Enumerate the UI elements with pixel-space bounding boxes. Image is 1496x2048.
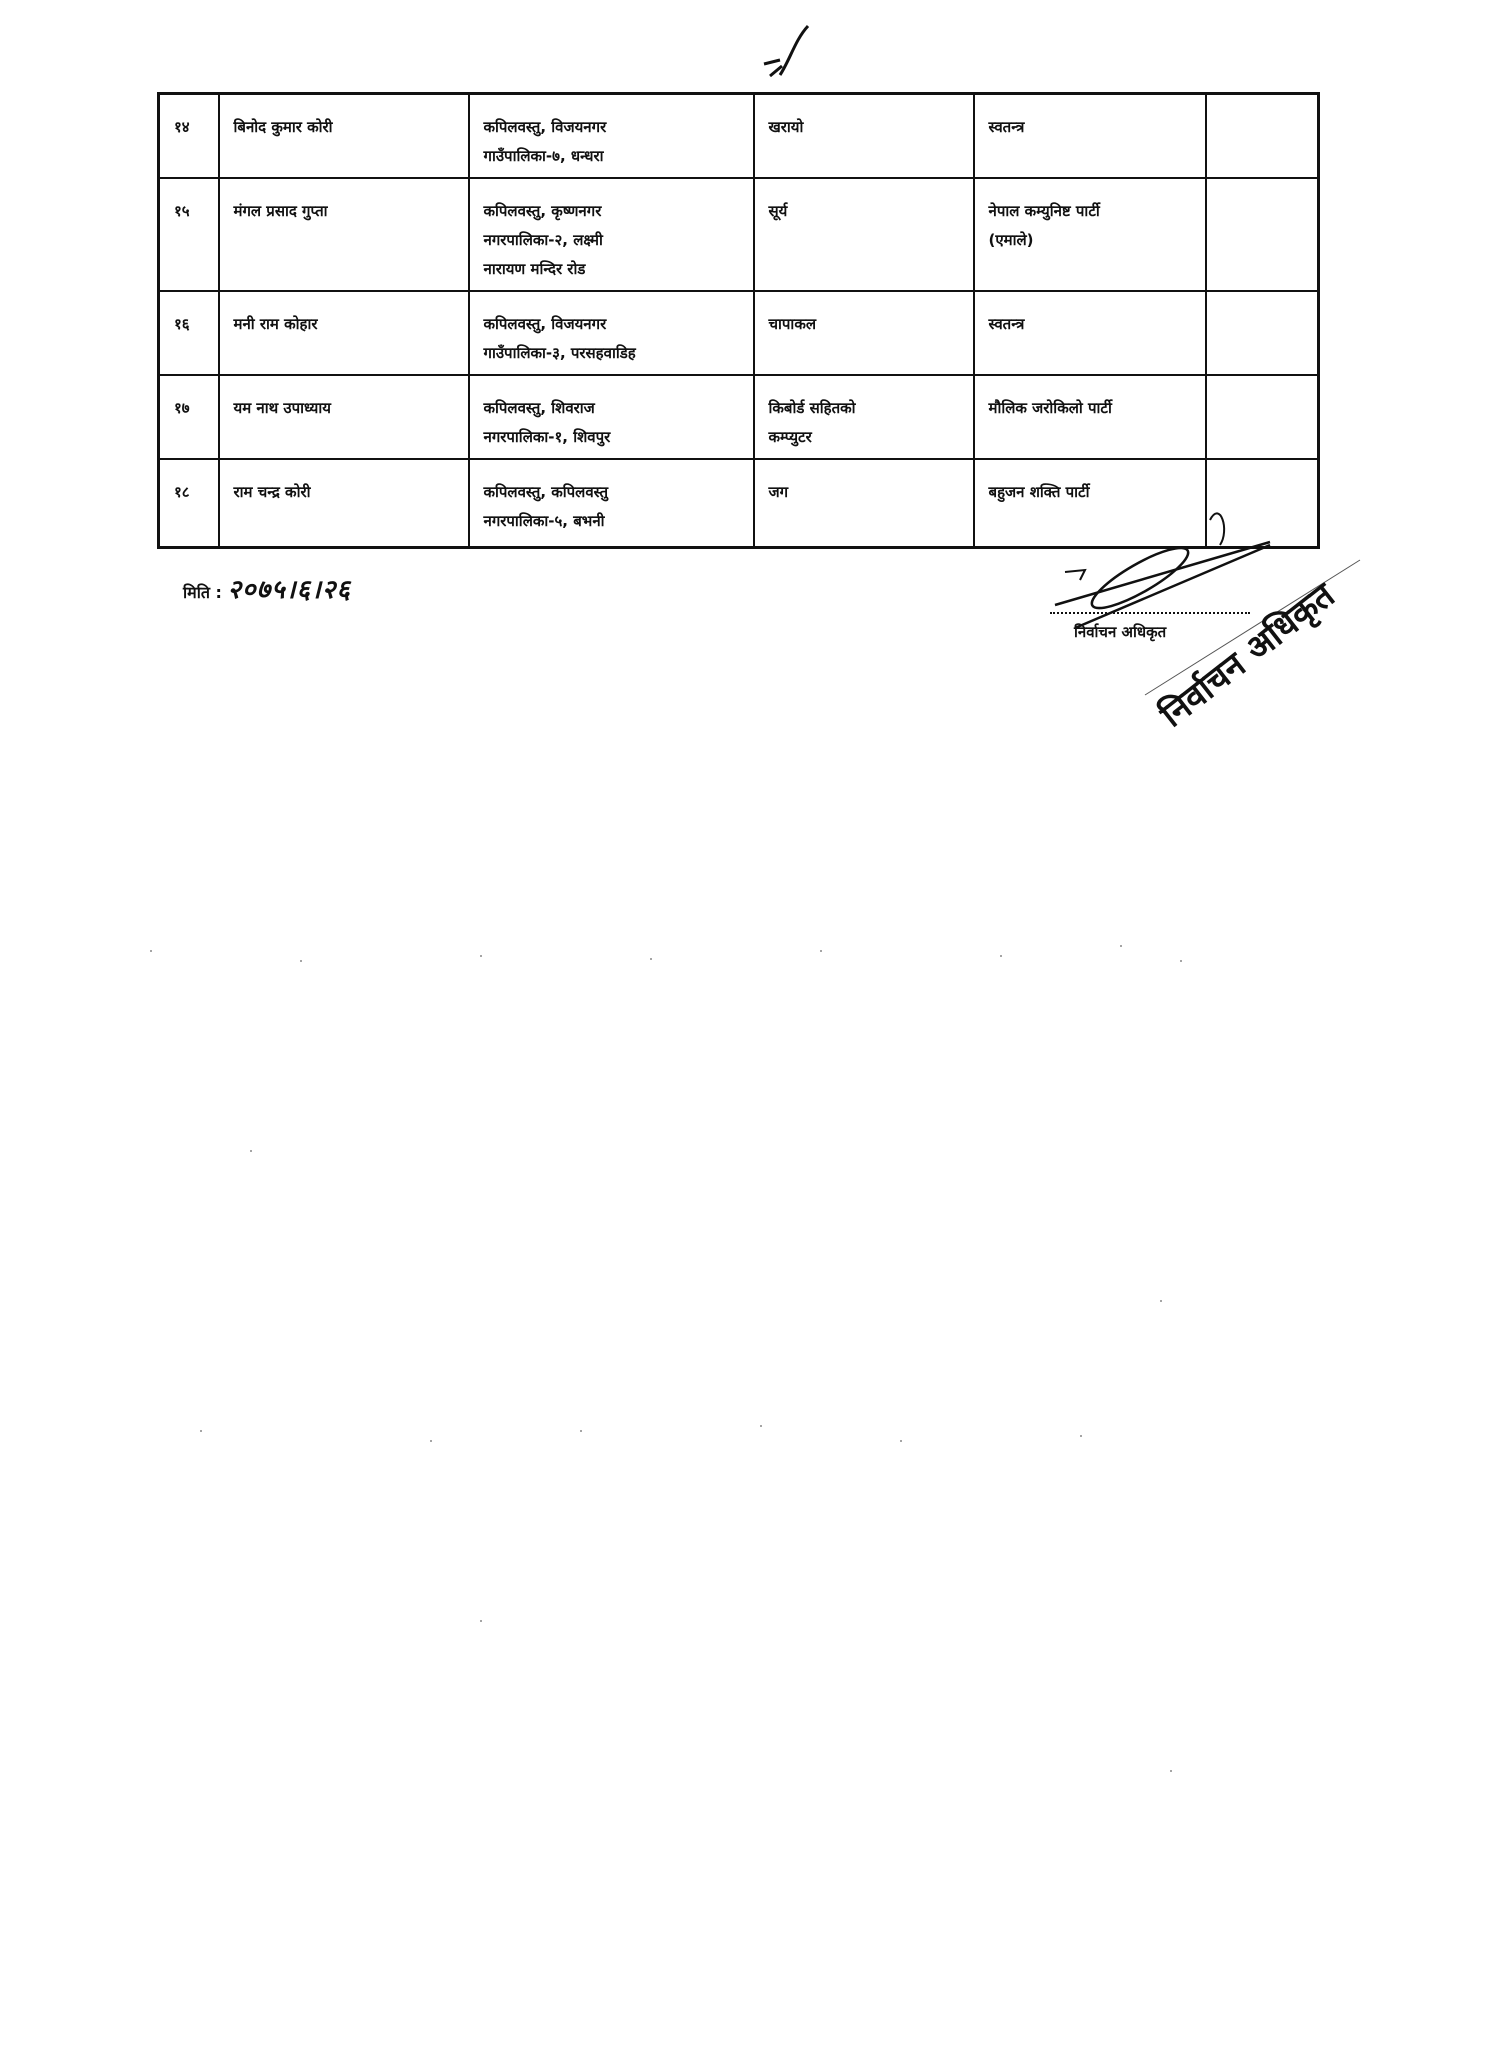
scan-speck — [430, 1440, 432, 1442]
party-line: स्वतन्त्र — [989, 310, 1191, 339]
candidate-name-cell: मनी राम कोहार — [219, 291, 469, 375]
scan-speck — [1120, 945, 1122, 947]
table-row: १४बिनोद कुमार कोरीकपिलवस्तु, विजयनगरगाउँ… — [159, 94, 1319, 179]
scan-speck — [150, 950, 152, 952]
party-line: मौलिक जरोकिलो पार्टी — [989, 394, 1191, 423]
symbol-line: खरायो — [769, 113, 959, 142]
symbol-cell: जग — [754, 459, 974, 547]
symbol-cell: खरायो — [754, 94, 974, 179]
scan-speck — [820, 950, 822, 952]
candidate-name-cell: मंगल प्रसाद गुप्ता — [219, 178, 469, 291]
address-line: नगरपालिका-२, लक्ष्मी — [484, 226, 739, 255]
scan-speck — [200, 1430, 202, 1432]
address-cell: कपिलवस्तु, शिवराजनगरपालिका-१, शिवपुर — [469, 375, 754, 459]
date-label: मिति : — [183, 583, 222, 602]
address-cell: कपिलवस्तु, कृष्णनगरनगरपालिका-२, लक्ष्मीन… — [469, 178, 754, 291]
date-line: मिति : २०७५।६।२६ — [183, 570, 351, 606]
scan-speck — [480, 1620, 482, 1622]
address-line: कपिलवस्तु, विजयनगर — [484, 113, 739, 142]
symbol-line: कम्प्युटर — [769, 423, 959, 452]
table-row: १७यम नाथ उपाध्यायकपिलवस्तु, शिवराजनगरपाल… — [159, 375, 1319, 459]
symbol-cell: चापाकल — [754, 291, 974, 375]
address-line: कपिलवस्तु, कपिलवस्तु — [484, 478, 739, 507]
scan-speck — [1160, 1300, 1162, 1302]
remarks-cell — [1206, 375, 1319, 459]
address-line: कपिलवस्तु, शिवराज — [484, 394, 739, 423]
remarks-cell — [1206, 178, 1319, 291]
party-cell: स्वतन्त्र — [974, 94, 1206, 179]
table-row: १५मंगल प्रसाद गुप्ताकपिलवस्तु, कृष्णनगरन… — [159, 178, 1319, 291]
scan-speck — [1080, 1435, 1082, 1437]
scan-speck — [300, 960, 302, 962]
remarks-cell — [1206, 94, 1319, 179]
remarks-cell — [1206, 291, 1319, 375]
serial-number-cell: १७ — [159, 375, 219, 459]
symbol-cell: सूर्य — [754, 178, 974, 291]
address-cell: कपिलवस्तु, विजयनगरगाउँपालिका-७, धन्धरा — [469, 94, 754, 179]
serial-number-cell: १५ — [159, 178, 219, 291]
serial-number-cell: १८ — [159, 459, 219, 547]
handwritten-mark — [740, 20, 820, 80]
address-line: नगरपालिका-५, बभनी — [484, 507, 739, 536]
address-line: गाउँपालिका-३, परसहवाडिह — [484, 339, 739, 368]
party-cell: स्वतन्त्र — [974, 291, 1206, 375]
party-cell: नेपाल कम्युनिष्ट पार्टी(एमाले) — [974, 178, 1206, 291]
serial-number-cell: १६ — [159, 291, 219, 375]
party-line: नेपाल कम्युनिष्ट पार्टी — [989, 197, 1191, 226]
signature-block: निर्वाचन अधिकृत निर्वाचन अधिकृत — [1030, 500, 1390, 720]
scan-speck — [650, 958, 652, 960]
symbol-line: किबोर्ड सहितको — [769, 394, 959, 423]
scan-speck — [1000, 955, 1002, 957]
candidate-name-cell: यम नाथ उपाध्याय — [219, 375, 469, 459]
scan-speck — [900, 1440, 902, 1442]
candidate-name-cell: राम चन्द्र कोरी — [219, 459, 469, 547]
address-line: कपिलवस्तु, विजयनगर — [484, 310, 739, 339]
address-line: नारायण मन्दिर रोड — [484, 255, 739, 284]
scan-speck — [1170, 1770, 1172, 1772]
symbol-cell: किबोर्ड सहितकोकम्प्युटर — [754, 375, 974, 459]
party-cell: मौलिक जरोकिलो पार्टी — [974, 375, 1206, 459]
address-line: नगरपालिका-१, शिवपुर — [484, 423, 739, 452]
scan-speck — [250, 1150, 252, 1152]
signature-line — [1050, 612, 1250, 614]
symbol-line: चापाकल — [769, 310, 959, 339]
table-row: १६मनी राम कोहारकपिलवस्तु, विजयनगरगाउँपाल… — [159, 291, 1319, 375]
candidate-name-cell: बिनोद कुमार कोरी — [219, 94, 469, 179]
symbol-line: जग — [769, 478, 959, 507]
party-line: (एमाले) — [989, 226, 1191, 255]
serial-number-cell: १४ — [159, 94, 219, 179]
symbol-line: सूर्य — [769, 197, 959, 226]
officer-label: निर्वाचन अधिकृत — [1074, 622, 1166, 642]
handwritten-date: २०७५।६।२६ — [228, 575, 351, 605]
scan-speck — [580, 1430, 582, 1432]
scan-speck — [1180, 960, 1182, 962]
address-line: कपिलवस्तु, कृष्णनगर — [484, 197, 739, 226]
candidate-table: १४बिनोद कुमार कोरीकपिलवस्तु, विजयनगरगाउँ… — [157, 92, 1320, 549]
scan-speck — [760, 1425, 762, 1427]
scan-speck — [480, 955, 482, 957]
address-line: गाउँपालिका-७, धन्धरा — [484, 142, 739, 171]
address-cell: कपिलवस्तु, विजयनगरगाउँपालिका-३, परसहवाडि… — [469, 291, 754, 375]
party-line: स्वतन्त्र — [989, 113, 1191, 142]
address-cell: कपिलवस्तु, कपिलवस्तुनगरपालिका-५, बभनी — [469, 459, 754, 547]
